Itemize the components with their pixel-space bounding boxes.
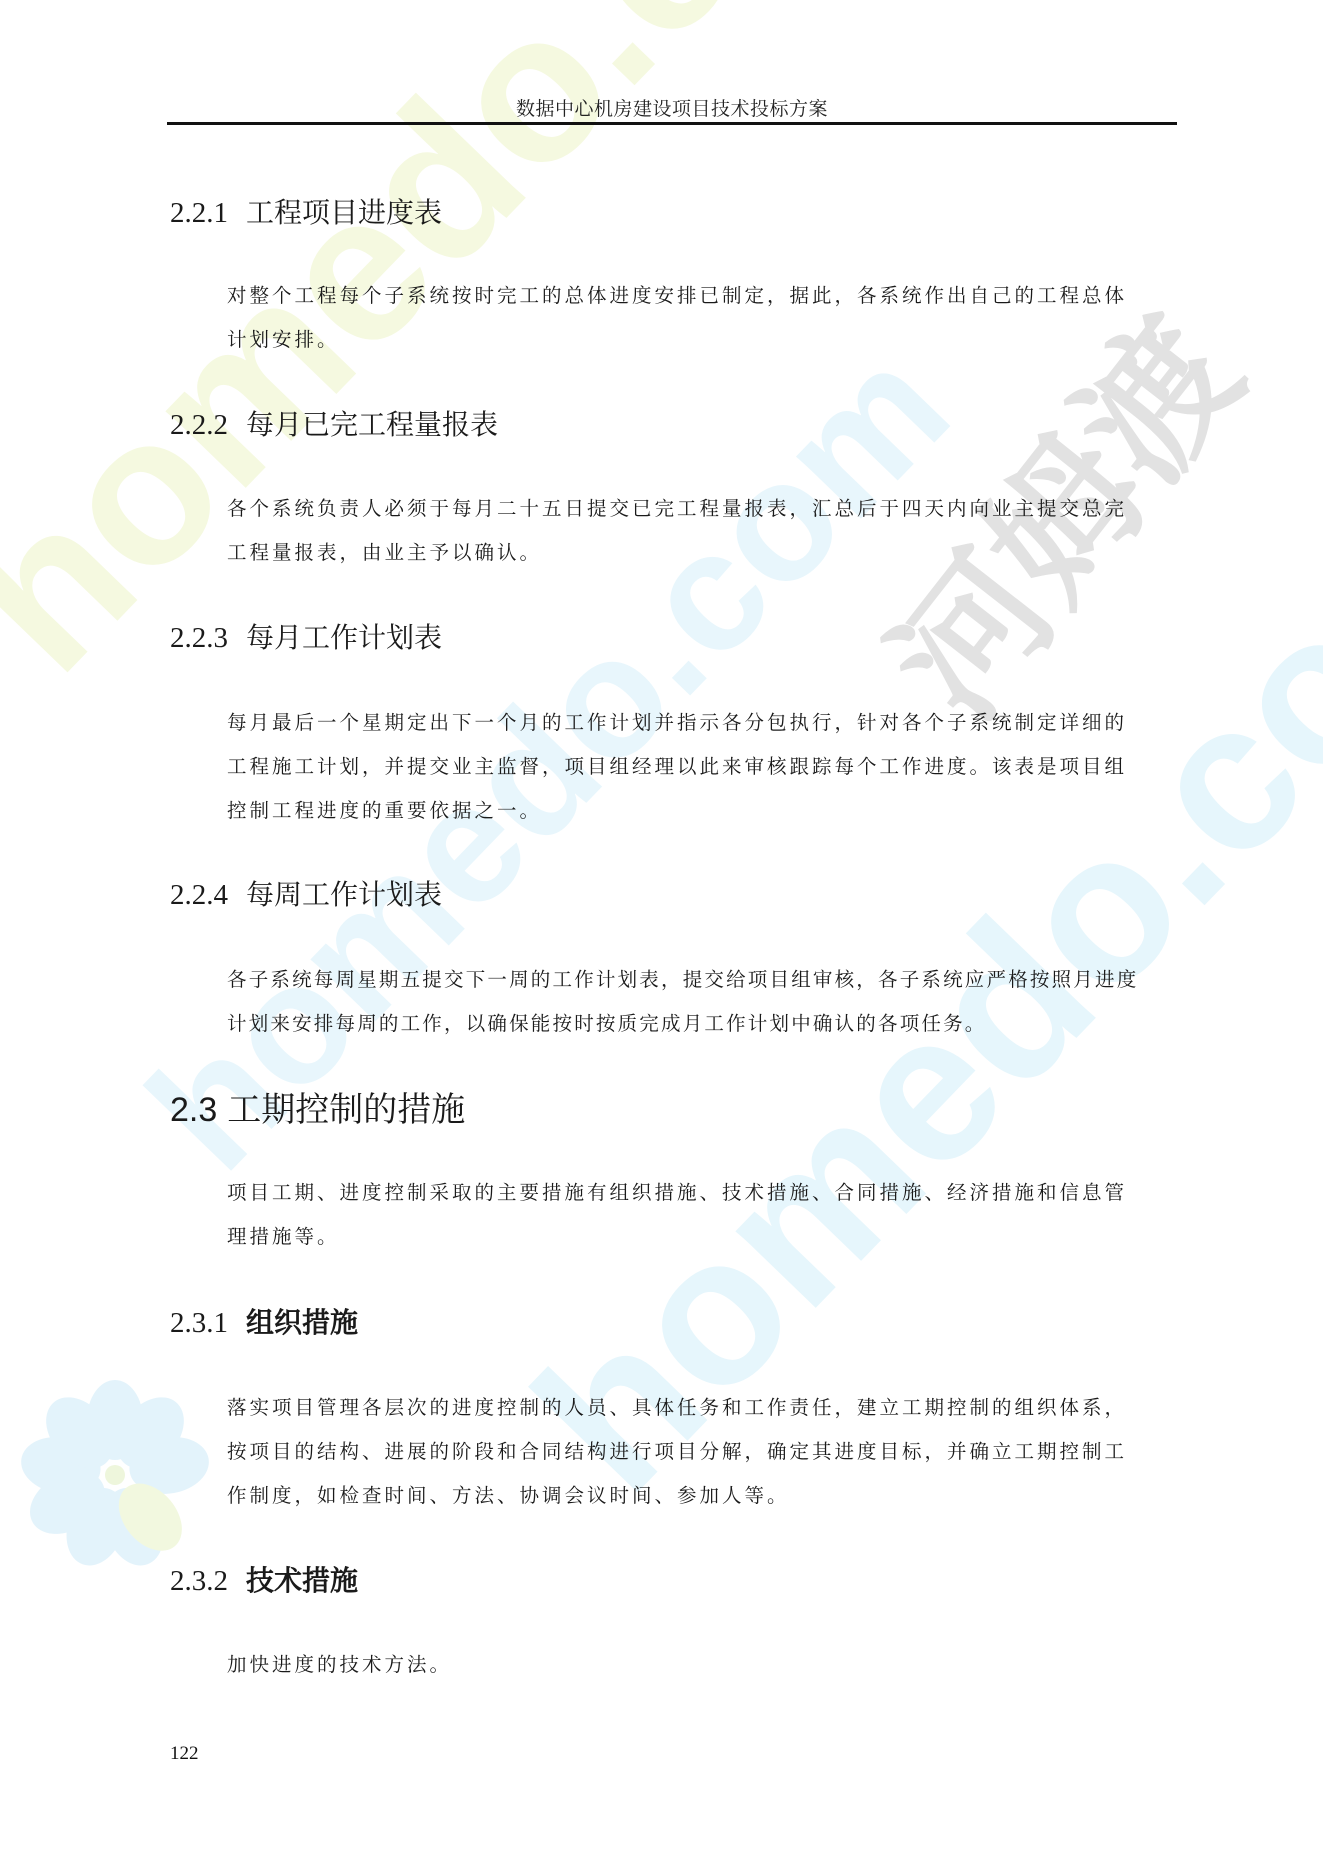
heading-title: 组织措施 (246, 1306, 358, 1339)
heading-title: 技术措施 (246, 1564, 358, 1597)
paragraph-line: 工程量报表，由业主予以确认。 (227, 531, 1177, 575)
heading-title: 每月已完工程量报表 (246, 408, 498, 441)
heading-title: 每月工作计划表 (246, 621, 442, 654)
document-page: 数据中心机房建设项目技术投标方案 2.2.1工程项目进度表 对整个工程每个子系统… (0, 0, 1323, 1871)
paragraph-2-3-1: 落实项目管理各层次的进度控制的人员、具体任务和工作责任，建立工期控制的组织体系，… (227, 1386, 1177, 1518)
heading-2-3-1: 2.3.1组织措施 (170, 1305, 358, 1341)
paragraph-line: 工程施工计划，并提交业主监督，项目组经理以此来审核跟踪每个工作进度。该表是项目组 (227, 745, 1177, 789)
paragraph-line: 按项目的结构、进展的阶段和合同结构进行项目分解，确定其进度目标，并确立工期控制工 (227, 1430, 1177, 1474)
header-rule (167, 122, 1177, 125)
heading-number: 2.2.1 (170, 197, 228, 229)
heading-2-2-3: 2.2.3每月工作计划表 (170, 620, 442, 656)
paragraph-line: 落实项目管理各层次的进度控制的人员、具体任务和工作责任，建立工期控制的组织体系， (227, 1386, 1177, 1430)
heading-number: 2.2.4 (170, 879, 228, 911)
paragraph-2-2-4: 各子系统每周星期五提交下一周的工作计划表，提交给项目组审核，各子系统应严格按照月… (227, 958, 1177, 1046)
heading-2-3-2: 2.3.2技术措施 (170, 1563, 358, 1599)
paragraph-line: 计划来安排每周的工作，以确保能按时按质完成月工作计划中确认的各项任务。 (227, 1002, 1177, 1046)
heading-title: 工期控制的措施 (227, 1090, 465, 1130)
heading-title: 每周工作计划表 (246, 878, 442, 911)
paragraph-line: 理措施等。 (227, 1215, 1177, 1259)
paragraph-line: 项目工期、进度控制采取的主要措施有组织措施、技术措施、合同措施、经济措施和信息管 (227, 1171, 1177, 1215)
paragraph-2-2-3: 每月最后一个星期定出下一个月的工作计划并指示各分包执行，针对各个子系统制定详细的… (227, 701, 1177, 833)
heading-number: 2.3.1 (170, 1307, 228, 1339)
paragraph-line: 控制工程进度的重要依据之一。 (227, 789, 1177, 833)
paragraph-line: 各子系统每周星期五提交下一周的工作计划表，提交给项目组审核，各子系统应严格按照月… (227, 958, 1177, 1002)
heading-number: 2.3 (170, 1091, 217, 1129)
paragraph-2-3-2: 加快进度的技术方法。 (227, 1643, 1177, 1687)
paragraph-line: 各个系统负责人必须于每月二十五日提交已完工程量报表，汇总后于四天内向业主提交总完 (227, 487, 1177, 531)
heading-number: 2.3.2 (170, 1565, 228, 1597)
running-header-title: 数据中心机房建设项目技术投标方案 (167, 94, 1177, 121)
heading-2-2-2: 2.2.2每月已完工程量报表 (170, 407, 498, 443)
heading-2-3: 2.3工期控制的措施 (170, 1090, 465, 1130)
heading-2-2-1: 2.2.1工程项目进度表 (170, 195, 442, 231)
paragraph-2-2-1: 对整个工程每个子系统按时完工的总体进度安排已制定，据此，各系统作出自己的工程总体… (227, 274, 1177, 362)
paragraph-line: 计划安排。 (227, 318, 1177, 362)
heading-number: 2.2.2 (170, 409, 228, 441)
paragraph-2-2-2: 各个系统负责人必须于每月二十五日提交已完工程量报表，汇总后于四天内向业主提交总完… (227, 487, 1177, 575)
page-number: 122 (170, 1743, 199, 1765)
paragraph-line: 对整个工程每个子系统按时完工的总体进度安排已制定，据此，各系统作出自己的工程总体 (227, 274, 1177, 318)
heading-2-2-4: 2.2.4每周工作计划表 (170, 877, 442, 913)
paragraph-line: 加快进度的技术方法。 (227, 1643, 1177, 1687)
heading-title: 工程项目进度表 (246, 196, 442, 229)
paragraph-2-3: 项目工期、进度控制采取的主要措施有组织措施、技术措施、合同措施、经济措施和信息管… (227, 1171, 1177, 1259)
heading-number: 2.2.3 (170, 622, 228, 654)
paragraph-line: 每月最后一个星期定出下一个月的工作计划并指示各分包执行，针对各个子系统制定详细的 (227, 701, 1177, 745)
paragraph-line: 作制度，如检查时间、方法、协调会议时间、参加人等。 (227, 1474, 1177, 1518)
